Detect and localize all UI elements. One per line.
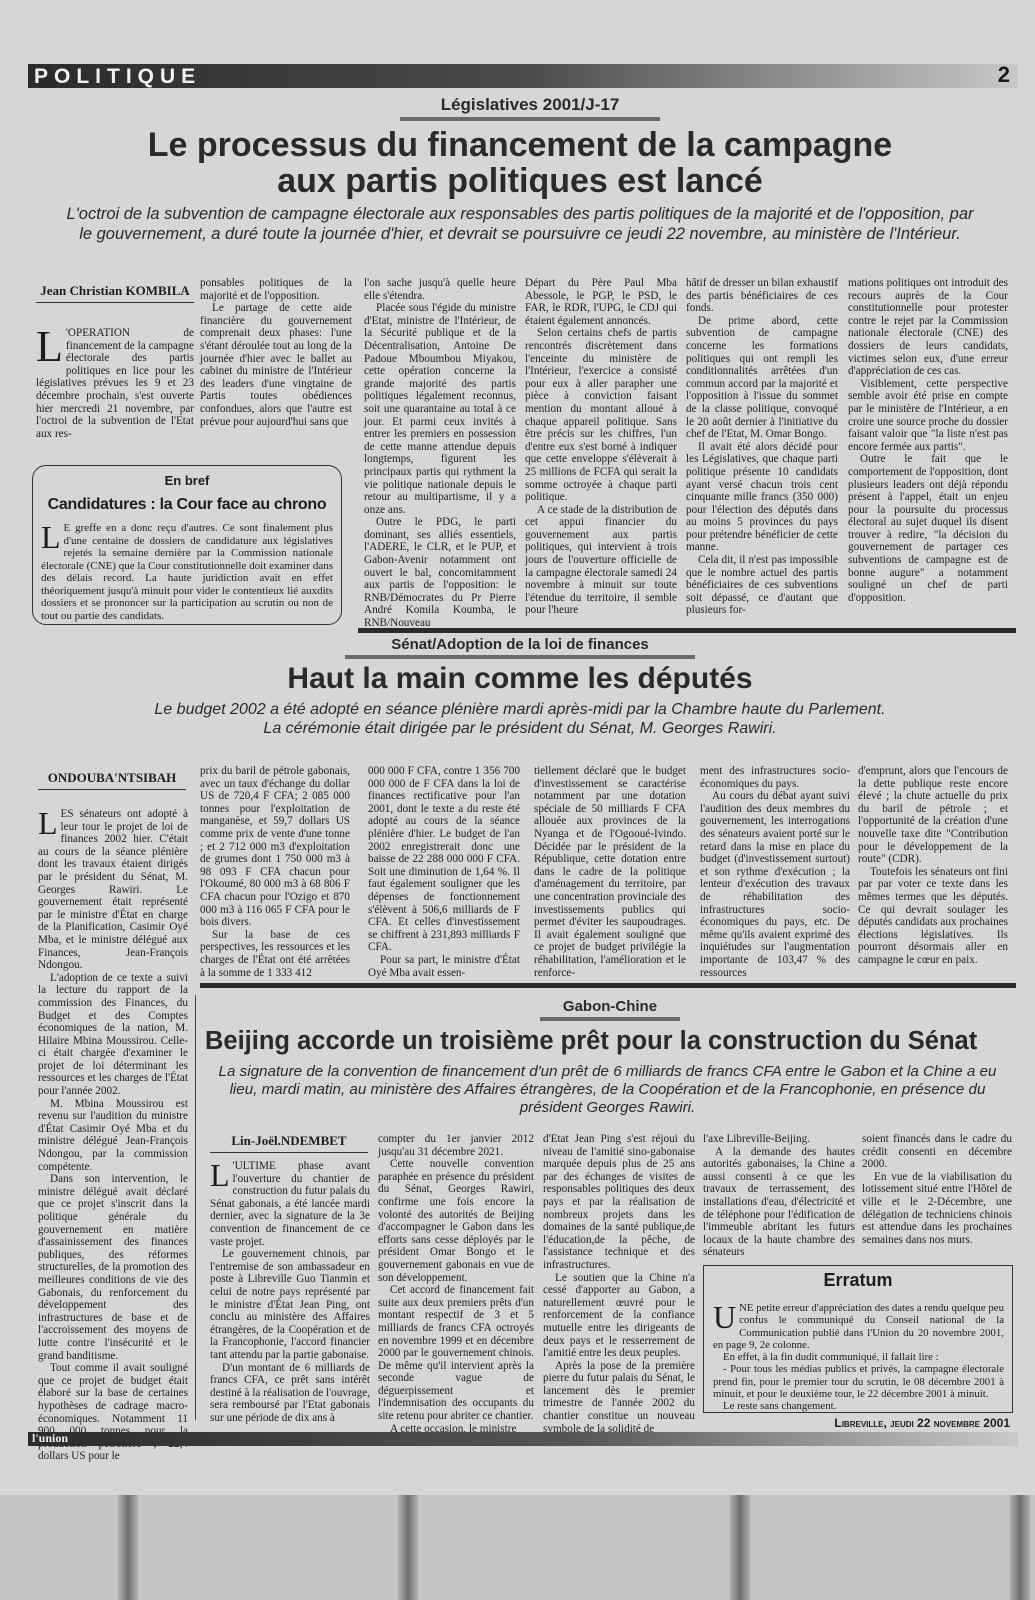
binder-bar: [118, 1495, 138, 1600]
column-text: 'ULTIME phase avant l'ouverture du chant…: [210, 1160, 370, 1248]
article3-column-4: l'axe Libreville-Beijing. A la demande d…: [703, 1133, 855, 1259]
erratum-body: UNE petite erreur d'appréciation des dat…: [713, 1302, 1004, 1413]
paragraph: Toutefois les sénateurs ont fini par par…: [858, 866, 1008, 967]
paragraph: Départ du Père Paul Mba Abessole, le PGP…: [525, 277, 677, 327]
kicker-text: Législatives 2001/J-17: [441, 95, 620, 114]
kicker-text: Sénat/Adoption de la loi de finances: [391, 636, 649, 653]
paragraph: A ce stade de la distribution de cet app…: [525, 504, 677, 617]
paragraph: d'emprunt, alors que l'encours de la det…: [858, 765, 1008, 866]
erratum-box: Erratum UNE petite erreur d'appréciation…: [703, 1265, 1013, 1413]
paragraph: L'adoption de ce texte a suivi la lectur…: [38, 972, 188, 1098]
en-bref-box: En bref Candidatures : la Cour face au c…: [32, 465, 342, 625]
article1-deck: L'octroi de la subvention de campagne él…: [60, 205, 980, 245]
background-surface: [0, 1495, 1035, 1600]
erratum-title: Erratum: [704, 1270, 1012, 1291]
headline-line-1: Le processus du financement de la campag…: [60, 128, 980, 164]
article3-column-3: d'Etat Jean Ping s'est réjoui du niveau …: [543, 1133, 695, 1435]
deck-line-1: Le budget 2002 a été adopté en séance pl…: [60, 700, 980, 719]
column-text: ES sénateurs ont adopté à leur tour le p…: [38, 808, 188, 971]
paragraph: soient financés dans le cadre du crédit …: [862, 1133, 1012, 1171]
article1-column-1: L'OPERATION de financement de la campagn…: [36, 327, 194, 440]
article3-column-2: compter du 1er janvier 2012 jusqu'au 31 …: [378, 1133, 534, 1435]
paragraph: Sur la base de ces perspectives, les res…: [200, 929, 350, 979]
column-divider: [195, 995, 196, 1420]
erratum-text: NE petite erreur d'appréciation des date…: [713, 1302, 1004, 1351]
paragraph: Il avait été alors décidé pour les Légis…: [686, 441, 838, 554]
paragraph: Le reste sans changement.: [713, 1400, 1004, 1412]
paragraph: Placée sous l'égide du ministre d'Etat, …: [364, 302, 516, 516]
paragraph: Pour sa part, le ministre d'État Oyé Mba…: [368, 954, 520, 979]
dropcap: L: [36, 329, 63, 365]
deck-line-2: La cérémonie était dirigée par le présid…: [60, 719, 980, 738]
dropcap: U: [713, 1304, 736, 1330]
article2-column-4: tiellement déclaré que le budget d'inves…: [534, 765, 686, 979]
article2-column-6: d'emprunt, alors que l'encours de la det…: [858, 765, 1008, 967]
dropcap: L: [210, 1162, 230, 1188]
paragraph: Selon certains chefs de partis rencontré…: [525, 327, 677, 503]
article1-byline: Jean Christian KOMBILA: [36, 283, 194, 303]
section-divider: [358, 628, 1016, 633]
article1-kicker: Législatives 2001/J-17: [400, 95, 660, 121]
paragraph: Cet accord de financement fait suite aux…: [378, 1284, 534, 1423]
paragraph: Le gouvernement chinois, par l'entremise…: [210, 1248, 370, 1361]
paragraph: Dans son intervention, le ministre délég…: [38, 1173, 188, 1362]
paragraph: Après la pose de la première pierre du f…: [543, 1360, 695, 1436]
article3-column-1: L'ULTIME phase avant l'ouverture du chan…: [210, 1160, 370, 1424]
paragraph: prix du baril de pétrole gabonais, avec …: [200, 765, 350, 929]
article3-column-5: soient financés dans le cadre du crédit …: [862, 1133, 1012, 1246]
en-bref-text: E greffe en a donc reçu d'autres. Ce son…: [41, 522, 333, 622]
paragraph: d'Etat Jean Ping s'est réjoui du niveau …: [543, 1133, 695, 1272]
article1-column-3: l'on sache jusqu'à quelle heure elle s'é…: [364, 277, 516, 630]
newspaper-brand: l'union: [32, 1431, 68, 1446]
paragraph: M. Mbina Moussirou est revenu sur l'audi…: [38, 1098, 188, 1174]
section-header-bar: POLITIQUE 2: [28, 64, 1018, 88]
article2-column-5: ment des infrastructures socio-économiqu…: [700, 765, 850, 979]
footer-dateline: Libreville, jeudi 22 novembre 2001: [834, 1416, 1010, 1430]
article2-deck: Le budget 2002 a été adopté en séance pl…: [60, 700, 980, 738]
article2-column-1: LES sénateurs ont adopté à leur tour le …: [38, 808, 188, 1463]
paragraph: De prime abord, cette subvention de camp…: [686, 315, 838, 441]
paragraph: Tout comme il avait souligné que ce proj…: [38, 1362, 188, 1463]
paragraph: hâtif de dresser un bilan exhaustif des …: [686, 277, 838, 315]
binder-bar: [398, 1495, 418, 1600]
en-bref-title: Candidatures : la Cour face au chrono: [33, 496, 341, 514]
article2-byline: ONDOUBA'NTSIBAH: [38, 770, 186, 790]
paragraph: En effet, à la fin dudit communiqué, il …: [713, 1351, 1004, 1363]
article3-byline: Lin-Joël.NDEMBET: [210, 1133, 368, 1153]
paragraph: Outre le fait que le comportement de l'o…: [848, 453, 1008, 604]
paragraph: D'un montant de 6 milliards de francs CF…: [210, 1362, 370, 1425]
article2-column-2: prix du baril de pétrole gabonais, avec …: [200, 765, 350, 979]
paragraph: l'on sache jusqu'à quelle heure elle s'é…: [364, 277, 516, 302]
article3-kicker: Gabon-Chine: [540, 998, 680, 1021]
kicker-text: Gabon-Chine: [563, 998, 657, 1015]
kicker-underline: [345, 655, 695, 659]
paragraph: ponsables politiques de la majorité et d…: [200, 277, 352, 302]
headline-line-2: aux partis politiques est lancé: [60, 164, 980, 200]
en-bref-kicker: En bref: [33, 473, 341, 488]
kicker-underline: [540, 1017, 680, 1021]
binder-bar: [730, 1495, 750, 1600]
article1-column-5: hâtif de dresser un bilan exhaustif des …: [686, 277, 838, 617]
en-bref-body: LE greffe en a donc reçu d'autres. Ce so…: [41, 522, 333, 622]
article1-headline: Le processus du financement de la campag…: [60, 128, 980, 199]
page-number: 2: [998, 62, 1010, 88]
dropcap: L: [41, 524, 61, 550]
article3-headline: Beijing accorde un troisième prêt pour l…: [205, 1028, 1015, 1055]
paragraph: - Pour tous les médias publics et privés…: [713, 1363, 1004, 1400]
paragraph: Au cours du débat ayant suivi l'audition…: [700, 790, 850, 979]
article3-deck: La signature de la convention de finance…: [205, 1063, 1010, 1118]
paragraph: ment des infrastructures socio-économiqu…: [700, 765, 850, 790]
article1-column-6: mations politiques ont introduit des rec…: [848, 277, 1008, 604]
article1-column-2: ponsables politiques de la majorité et d…: [200, 277, 352, 428]
paragraph: Le partage de cette aide financière du g…: [200, 302, 352, 428]
paragraph: 000 000 F CFA, contre 1 356 700 000 000 …: [368, 765, 520, 954]
paragraph: tiellement déclaré que le budget d'inves…: [534, 765, 686, 979]
paragraph: compter du 1er janvier 2012 jusqu'au 31 …: [378, 1133, 534, 1158]
paragraph: Le soutien que la Chine n'a cessé d'appo…: [543, 1272, 695, 1360]
article1-column-4: Départ du Père Paul Mba Abessole, le PGP…: [525, 277, 677, 617]
paragraph: Visiblement, cette perspective semble av…: [848, 378, 1008, 454]
section-divider: [200, 983, 1016, 988]
dropcap: L: [38, 810, 58, 836]
paragraph: Cette nouvelle convention paraphée en pr…: [378, 1158, 534, 1284]
newspaper-page: POLITIQUE 2 Législatives 2001/J-17 Le pr…: [0, 0, 1035, 1495]
kicker-underline: [400, 117, 660, 121]
paragraph: Cela dit, il n'est pas impossible que le…: [686, 554, 838, 617]
article2-column-3: 000 000 F CFA, contre 1 356 700 000 000 …: [368, 765, 520, 979]
binder-bar: [1010, 1495, 1030, 1600]
paragraph: A la demande des hautes autorités gabona…: [703, 1146, 855, 1259]
article2-kicker: Sénat/Adoption de la loi de finances: [345, 636, 695, 659]
paragraph: Outre le PDG, le parti dominant, ses all…: [364, 516, 516, 629]
paragraph: l'axe Libreville-Beijing.: [703, 1133, 855, 1146]
paragraph: En vue de la viabilisation du lotissemen…: [862, 1171, 1012, 1247]
paragraph: mations politiques ont introduit des rec…: [848, 277, 1008, 378]
article2-headline: Haut la main comme les députés: [100, 663, 940, 695]
section-label: POLITIQUE: [34, 65, 201, 89]
footer-bar: l'union Libreville, jeudi 22 novembre 20…: [28, 1432, 1018, 1446]
